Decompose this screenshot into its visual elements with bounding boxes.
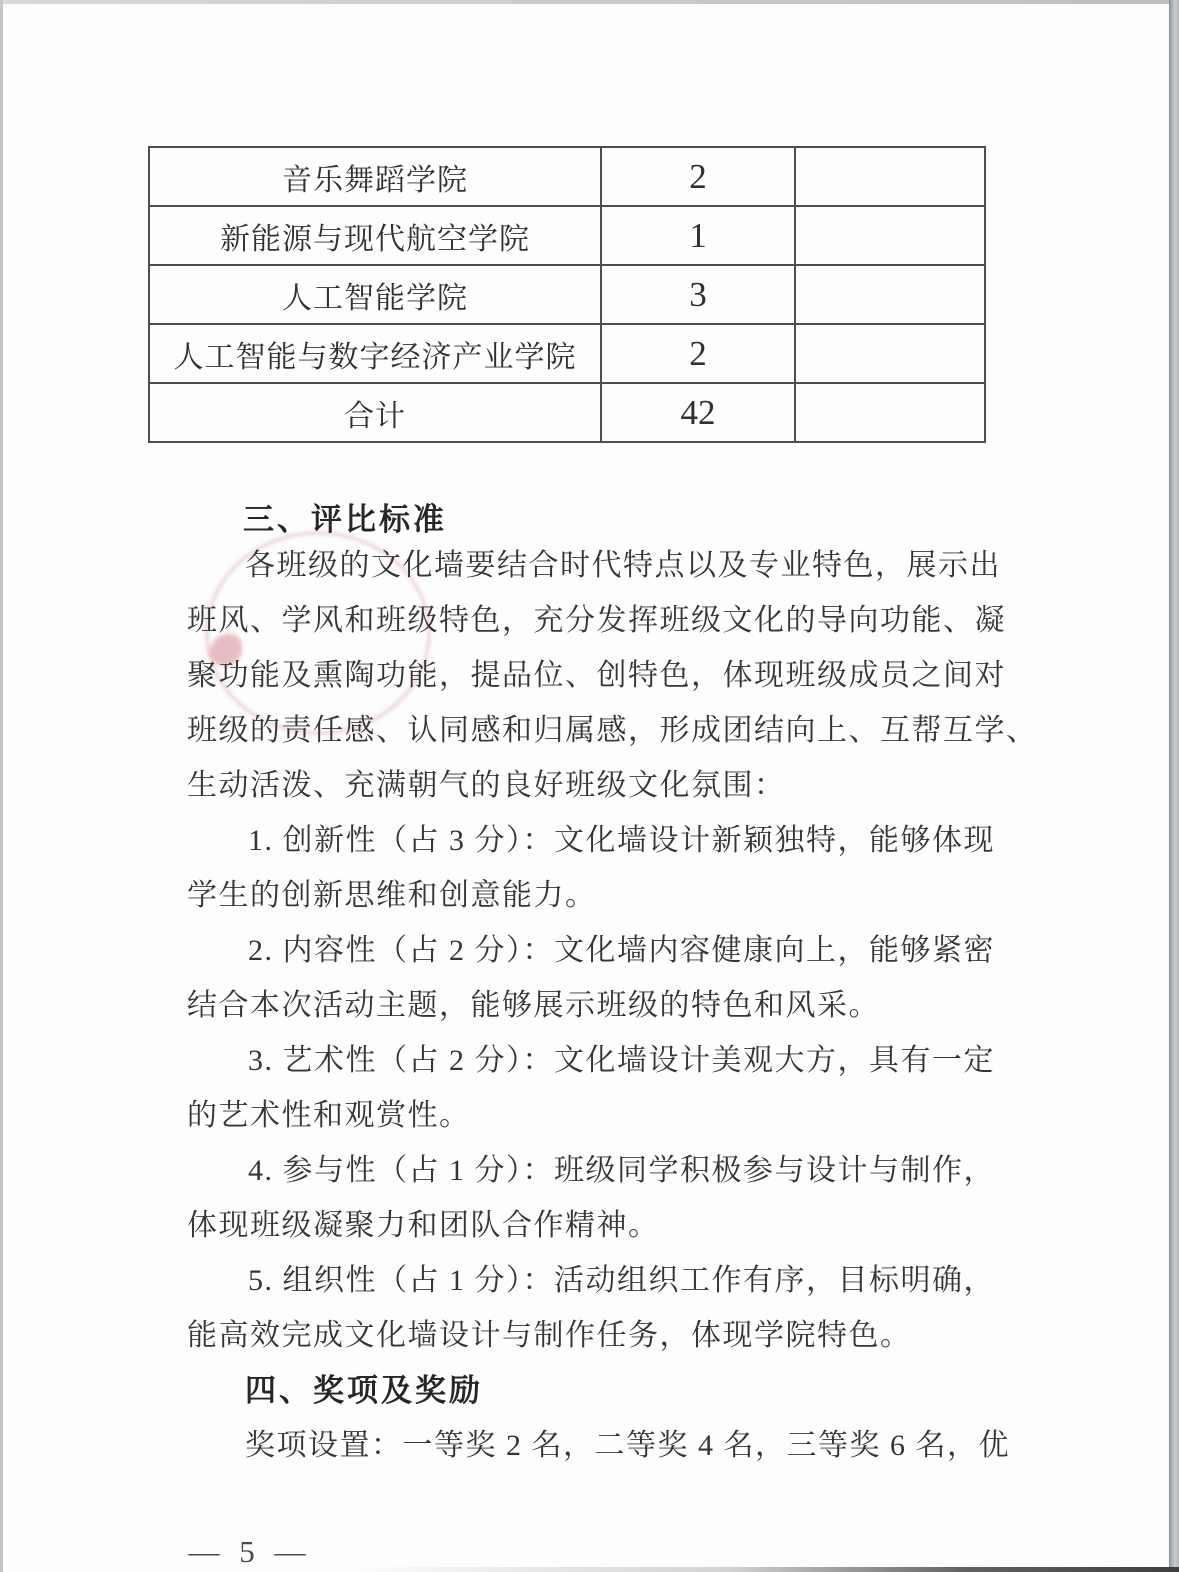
text-line: 生动活泼、充满朝气的良好班级文化氛围： <box>187 758 1032 813</box>
quota-allocation-table: 音乐舞蹈学院2新能源与现代航空学院1人工智能学院3人工智能与数字经济产业学院2合… <box>148 146 986 443</box>
cell-quota: 1 <box>601 206 795 265</box>
section-four-heading: 四、奖项及奖励 <box>187 1363 1032 1418</box>
cell-quota: 3 <box>601 265 795 324</box>
text-line: 1. 创新性（占 3 分）：文化墙设计新颖独特，能够体现 <box>187 813 1032 868</box>
text-line: 各班级的文化墙要结合时代特点以及专业特色，展示出 <box>187 538 1032 593</box>
quota-allocation-table-body: 音乐舞蹈学院2新能源与现代航空学院1人工智能学院3人工智能与数字经济产业学院2合… <box>149 147 985 442</box>
text-line: 体现班级凝聚力和团队合作精神。 <box>187 1198 1032 1253</box>
section-three-heading: 三、评比标准 <box>243 494 447 539</box>
text-line: 2. 内容性（占 2 分）：文化墙内容健康向上，能够紧密 <box>187 923 1032 978</box>
text-line: 4. 参与性（占 1 分）：班级同学积极参与设计与制作， <box>187 1143 1032 1198</box>
text-line: 5. 组织性（占 1 分）：活动组织工作有序，目标明确， <box>187 1253 1032 1308</box>
page-top-edge <box>0 0 1179 4</box>
page-left-edge <box>0 0 3 1572</box>
cell-remark <box>795 324 985 383</box>
cell-college: 合计 <box>149 383 601 442</box>
cell-quota: 2 <box>601 147 795 206</box>
table-row: 人工智能与数字经济产业学院2 <box>149 324 985 383</box>
table-row: 新能源与现代航空学院1 <box>149 206 985 265</box>
text-line: 班级的责任感、认同感和归属感，形成团结向上、互帮互学、 <box>187 703 1032 758</box>
text-line: 学生的创新思维和创意能力。 <box>187 868 1032 923</box>
cell-remark <box>795 383 985 442</box>
text-line: 能高效完成文化墙设计与制作任务，体现学院特色。 <box>187 1308 1032 1363</box>
table-row: 音乐舞蹈学院2 <box>149 147 985 206</box>
cell-college: 音乐舞蹈学院 <box>149 147 601 206</box>
cell-remark <box>795 265 985 324</box>
text-line: 3. 艺术性（占 2 分）：文化墙设计美观大方，具有一定 <box>187 1033 1032 1088</box>
cell-college: 人工智能学院 <box>149 265 601 324</box>
table-row: 人工智能学院3 <box>149 265 985 324</box>
table-row: 合计42 <box>149 383 985 442</box>
document-body: 各班级的文化墙要结合时代特点以及专业特色，展示出班风、学风和班级特色，充分发挥班… <box>187 538 1032 1473</box>
text-line: 奖项设置：一等奖 2 名，二等奖 4 名，三等奖 6 名，优 <box>187 1418 1032 1473</box>
cell-college: 新能源与现代航空学院 <box>149 206 601 265</box>
document-page: 音乐舞蹈学院2新能源与现代航空学院1人工智能学院3人工智能与数字经济产业学院2合… <box>0 0 1179 1572</box>
cell-quota: 2 <box>601 324 795 383</box>
page-right-edge <box>1169 0 1179 1572</box>
text-line: 聚功能及熏陶功能，提品位、创特色，体现班级成员之间对 <box>187 648 1032 703</box>
cell-remark <box>795 147 985 206</box>
cell-quota: 42 <box>601 383 795 442</box>
text-line: 结合本次活动主题，能够展示班级的特色和风采。 <box>187 978 1032 1033</box>
cell-remark <box>795 206 985 265</box>
cell-college: 人工智能与数字经济产业学院 <box>149 324 601 383</box>
text-line: 的艺术性和观赏性。 <box>187 1088 1032 1143</box>
page-number: — 5 — <box>160 1534 340 1570</box>
text-line: 班风、学风和班级特色，充分发挥班级文化的导向功能、凝 <box>187 593 1032 648</box>
